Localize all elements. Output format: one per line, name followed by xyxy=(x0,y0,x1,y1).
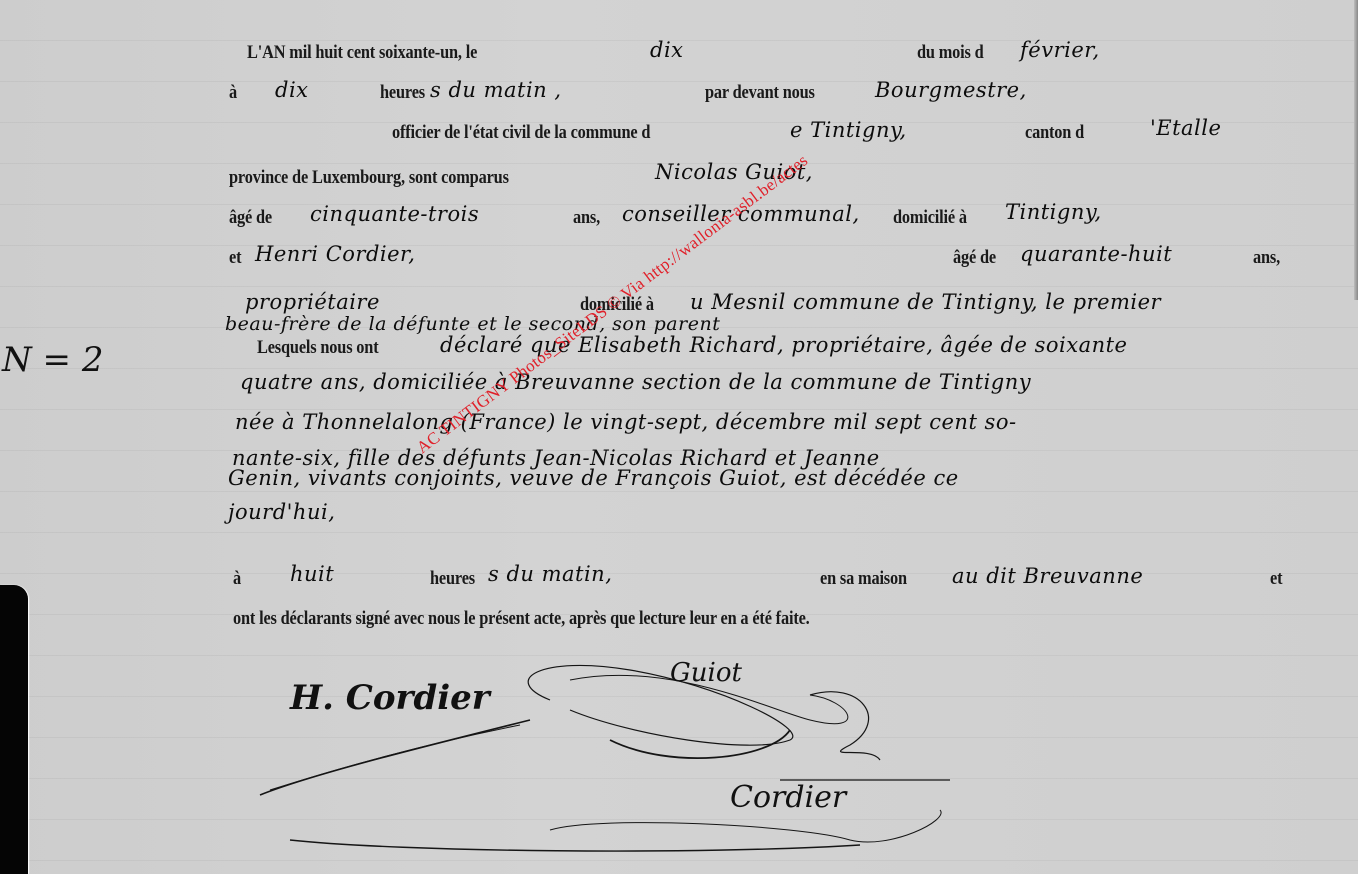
printed-year-line: L'AN mil huit cent soixante-un, le xyxy=(247,42,477,64)
handwritten-declaration-5: Genin, vivants conjoints, veuve de Franç… xyxy=(228,466,959,490)
signature-flourishes xyxy=(250,640,1000,874)
printed-ans-1: ans, xyxy=(573,207,600,229)
printed-a-2: à xyxy=(233,568,241,590)
printed-closing: ont les déclarants signé avec nous le pr… xyxy=(233,608,810,630)
printed-canton: canton d xyxy=(1025,122,1084,144)
handwritten-month: février, xyxy=(1020,38,1100,62)
printed-officier: officier de l'état civil de la commune d xyxy=(392,122,650,144)
handwritten-declarant2-age: quarante-huit xyxy=(1020,242,1172,266)
handwritten-declarant2-occupation: propriétaire xyxy=(245,290,380,314)
handwritten-canton: 'Etalle xyxy=(1150,116,1221,140)
printed-month-label: du mois d xyxy=(917,42,984,64)
signatures-area: H. Cordier Guiot Cordier xyxy=(250,640,1000,874)
handwritten-relation: beau-frère de la défunte et le second, s… xyxy=(225,313,720,335)
printed-et: et xyxy=(229,247,241,269)
printed-heures: heures xyxy=(380,82,425,104)
handwritten-death-place: au dit Breuvanne xyxy=(952,564,1143,588)
handwritten-officer: Bourgmestre, xyxy=(875,78,1027,102)
handwritten-commune: e Tintigny, xyxy=(790,118,907,142)
signature-cordier-2: Cordier xyxy=(730,780,846,815)
document-page: N = 2 L'AN mil huit cent soixante-un, le… xyxy=(0,0,1358,874)
handwritten-declarant2: Henri Cordier, xyxy=(255,242,415,266)
handwritten-declarant1-domicile: Tintigny, xyxy=(1005,200,1102,224)
printed-domicilie-1: domicilié à xyxy=(893,207,967,229)
signature-cordier-1: H. Cordier xyxy=(290,678,490,718)
printed-age-de-1: âgé de xyxy=(229,207,272,229)
handwritten-death-hour: huit xyxy=(290,562,334,586)
handwritten-declaration-2: quatre ans, domiciliée à Breuvanne secti… xyxy=(240,370,1031,394)
printed-en-sa-maison: en sa maison xyxy=(820,568,907,590)
handwritten-declarant1-age: cinquante-trois xyxy=(310,202,479,226)
binding-tab xyxy=(0,585,28,874)
handwritten-hour-suffix: s du matin , xyxy=(430,78,562,102)
printed-et-2: et xyxy=(1270,568,1282,590)
handwritten-declarant2-domicile: u Mesnil commune de Tintigny, le premier xyxy=(690,290,1161,314)
margin-act-number: N = 2 xyxy=(2,340,104,380)
handwritten-declaration-3: née à Thonnelalong (France) le vingt-sep… xyxy=(235,410,1017,434)
printed-a: à xyxy=(229,82,237,104)
signature-guiot: Guiot xyxy=(670,658,742,688)
printed-devant-nous: par devant nous xyxy=(705,82,815,104)
printed-ans-2: ans, xyxy=(1253,247,1280,269)
printed-heures-2: heures xyxy=(430,568,475,590)
printed-lesquels: Lesquels nous ont xyxy=(257,337,378,359)
handwritten-hour: dix xyxy=(275,78,309,102)
handwritten-day: dix xyxy=(650,38,684,62)
handwritten-declaration-6: jourd'hui, xyxy=(228,500,335,524)
printed-province: province de Luxembourg, sont comparus xyxy=(229,167,509,189)
page-edge xyxy=(1354,0,1358,300)
printed-age-de-2: âgé de xyxy=(953,247,996,269)
handwritten-death-hour-suffix: s du matin, xyxy=(488,562,612,586)
